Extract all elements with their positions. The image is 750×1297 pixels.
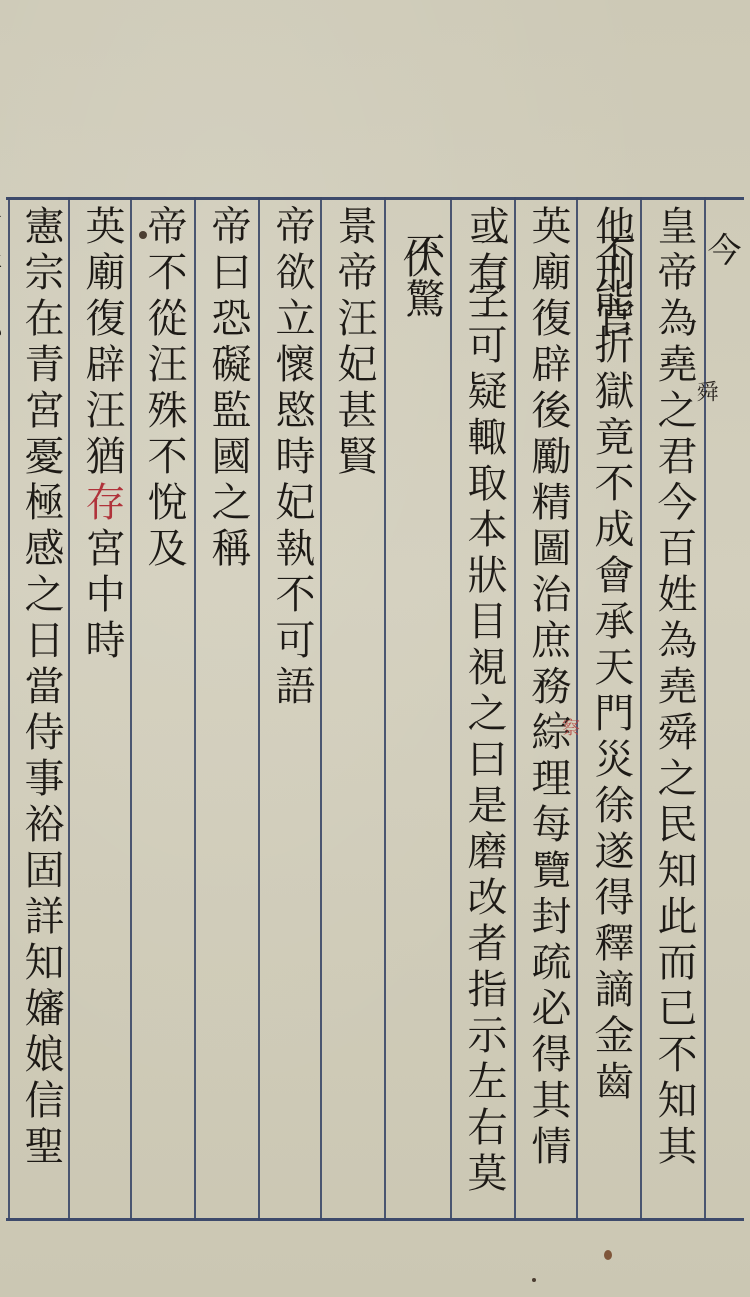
text-column-10: 英廟復辟汪猶存宮中時 <box>71 205 133 1205</box>
ink-dot <box>532 1278 536 1282</box>
text-column-8: 帝曰恐礙監國之稱 <box>197 205 259 1205</box>
text-column-9: 帝不從汪殊不悅及 <box>133 205 195 1205</box>
text-column-2: 不能折獄竟不成會承天門災徐遂得釋謫金齒 <box>580 232 642 1232</box>
interlinear-correction: 舜 <box>690 380 721 402</box>
ink-stain <box>604 1250 612 1260</box>
text-column-3: 英廟復辟後勵精圖治庶務綜理每覽封疏必得其情或有一 <box>517 205 579 1205</box>
text-column-11: 憲宗在青宮憂極感之日當侍事裕固詳知嬸娘信聖哲所以 <box>10 205 72 1205</box>
column-rule <box>450 197 452 1221</box>
text-column-1: 皇帝為堯之君今百姓為堯舜之民知此而已不知其他刑官 <box>643 205 705 1205</box>
column-text: 宮中時 <box>79 527 125 665</box>
red-character: 存 <box>79 481 125 527</box>
text-column-7: 帝欲立懷愍時妃執不可語 <box>261 205 323 1205</box>
ink-stain <box>139 231 147 239</box>
text-column-6: 景帝汪妃甚賢 <box>323 205 385 1205</box>
text-column-5: 伏 <box>388 238 450 1238</box>
column-text: 英廟復辟汪猶 <box>79 205 125 481</box>
red-annotation: 察 <box>556 718 582 736</box>
text-column-4: 二字可疑輙取本狀目視之曰是磨改者指示左右莫不驚 <box>453 232 515 1232</box>
manuscript-page: 今 皇帝為堯之君今百姓為堯舜之民知此而已不知其他刑官 舜 不能折獄竟不成會承天門… <box>0 0 750 1297</box>
